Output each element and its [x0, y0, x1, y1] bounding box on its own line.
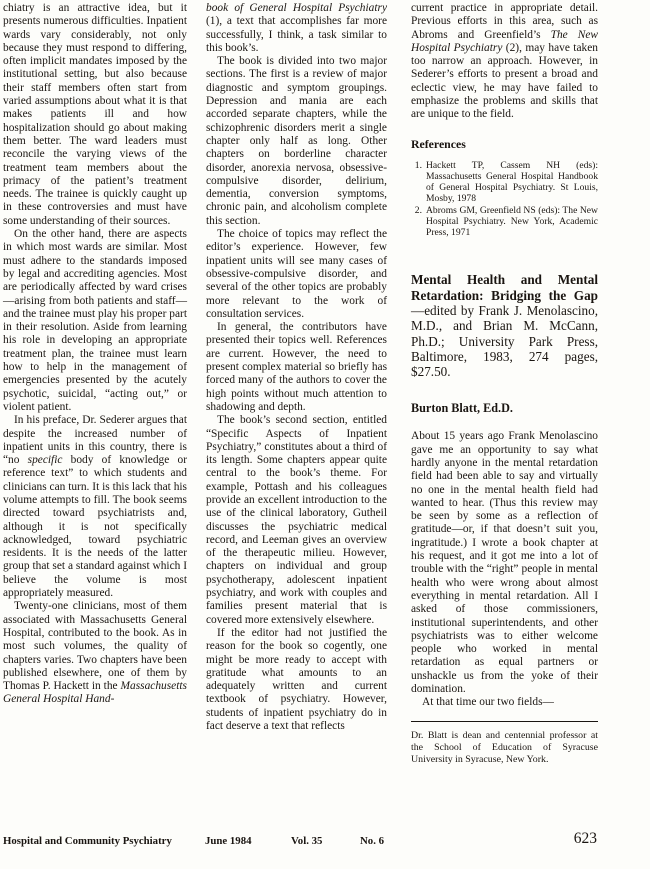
text-run: —edited by Frank J. Menolascino, M.D., a… [411, 303, 598, 379]
reviewer-byline: Burton Blatt, Ed.D. [411, 401, 598, 416]
body-paragraph: At that time our two fields— [411, 696, 598, 709]
text-run: (1), a text that accomplishes far more s… [206, 15, 387, 54]
bold-text: Mental Health and Mental Retardation: Br… [411, 272, 598, 302]
reference-number: 1. [411, 160, 426, 204]
reference-text: Hackett TP, Cassem NH (eds): Massachuset… [426, 160, 598, 204]
body-paragraph: In general, the contributors have presen… [206, 321, 387, 414]
footer-issue-number: No. 6 [360, 835, 384, 847]
text-run: In general, the contributors have presen… [206, 321, 387, 413]
footer-journal-title: Hospital and Community Psychiatry [3, 835, 172, 847]
body-paragraph: chiatry is an attractive idea, but it pr… [3, 2, 187, 228]
italic-text: book of General Hospital Psychiatry [206, 2, 387, 14]
body-paragraph: In his preface, Dr. Sederer argues that … [3, 414, 187, 600]
page-columns: chiatry is an attractive idea, but it pr… [3, 2, 598, 767]
text-run: At that time our two fields— [422, 696, 554, 708]
reference-item: 1.Hackett TP, Cassem NH (eds): Massachus… [411, 160, 598, 204]
author-footnote: Dr. Blatt is dean and centennial profess… [411, 721, 598, 767]
text-run: On the other hand, there are aspects in … [3, 228, 187, 413]
text-column-2: book of General Hospital Psychiatry (1),… [206, 2, 387, 767]
text-run: About 15 years ago Frank Menolascino gav… [411, 430, 598, 695]
text-column-1: chiatry is an attractive idea, but it pr… [3, 2, 187, 767]
journal-page: chiatry is an attractive idea, but it pr… [0, 0, 650, 869]
references-heading: References [411, 137, 598, 152]
reference-text: Abroms GM, Greenfield NS (eds): The New … [426, 205, 598, 238]
book-review-heading: Mental Health and Mental Retardation: Br… [411, 272, 598, 379]
reference-item: 2.Abroms GM, Greenfield NS (eds): The Ne… [411, 205, 598, 238]
footer-issue-date: June 1984 [205, 835, 252, 847]
italic-text: specific [28, 454, 63, 466]
reference-number: 2. [411, 205, 426, 238]
text-column-3: current practice in appropriate detail. … [411, 2, 598, 767]
text-run: The choice of topics may reflect the edi… [206, 228, 387, 320]
text-run: body of knowledge or reference text” to … [3, 454, 187, 599]
text-run: Twenty-one clinicians, most of them asso… [3, 600, 187, 692]
footer-volume: Vol. 35 [291, 835, 322, 847]
footer-page-number: 623 [574, 830, 597, 848]
body-paragraph: If the editor had not justified the reas… [206, 627, 387, 733]
body-paragraph: current practice in appropriate detail. … [411, 2, 598, 122]
body-paragraph: book of General Hospital Psychiatry (1),… [206, 2, 387, 55]
body-paragraph: The book’s second section, entitled “Spe… [206, 414, 387, 627]
footnote-text: Dr. Blatt is dean and centennial profess… [411, 730, 598, 767]
text-run: chiatry is an attractive idea, but it pr… [3, 2, 187, 227]
text-run: If the editor had not justified the reas… [206, 627, 387, 732]
body-paragraph: The book is divided into two major secti… [206, 55, 387, 228]
footnote-rule [411, 721, 598, 722]
body-paragraph: About 15 years ago Frank Menolascino gav… [411, 430, 598, 696]
body-paragraph: The choice of topics may reflect the edi… [206, 228, 387, 321]
page-footer: Hospital and Community Psychiatry June 1… [0, 832, 650, 852]
text-run: The book is divided into two major secti… [206, 55, 387, 227]
body-paragraph: On the other hand, there are aspects in … [3, 228, 187, 414]
body-paragraph: Twenty-one clinicians, most of them asso… [3, 600, 187, 706]
text-run: The book’s second section, entitled “Spe… [206, 414, 387, 625]
